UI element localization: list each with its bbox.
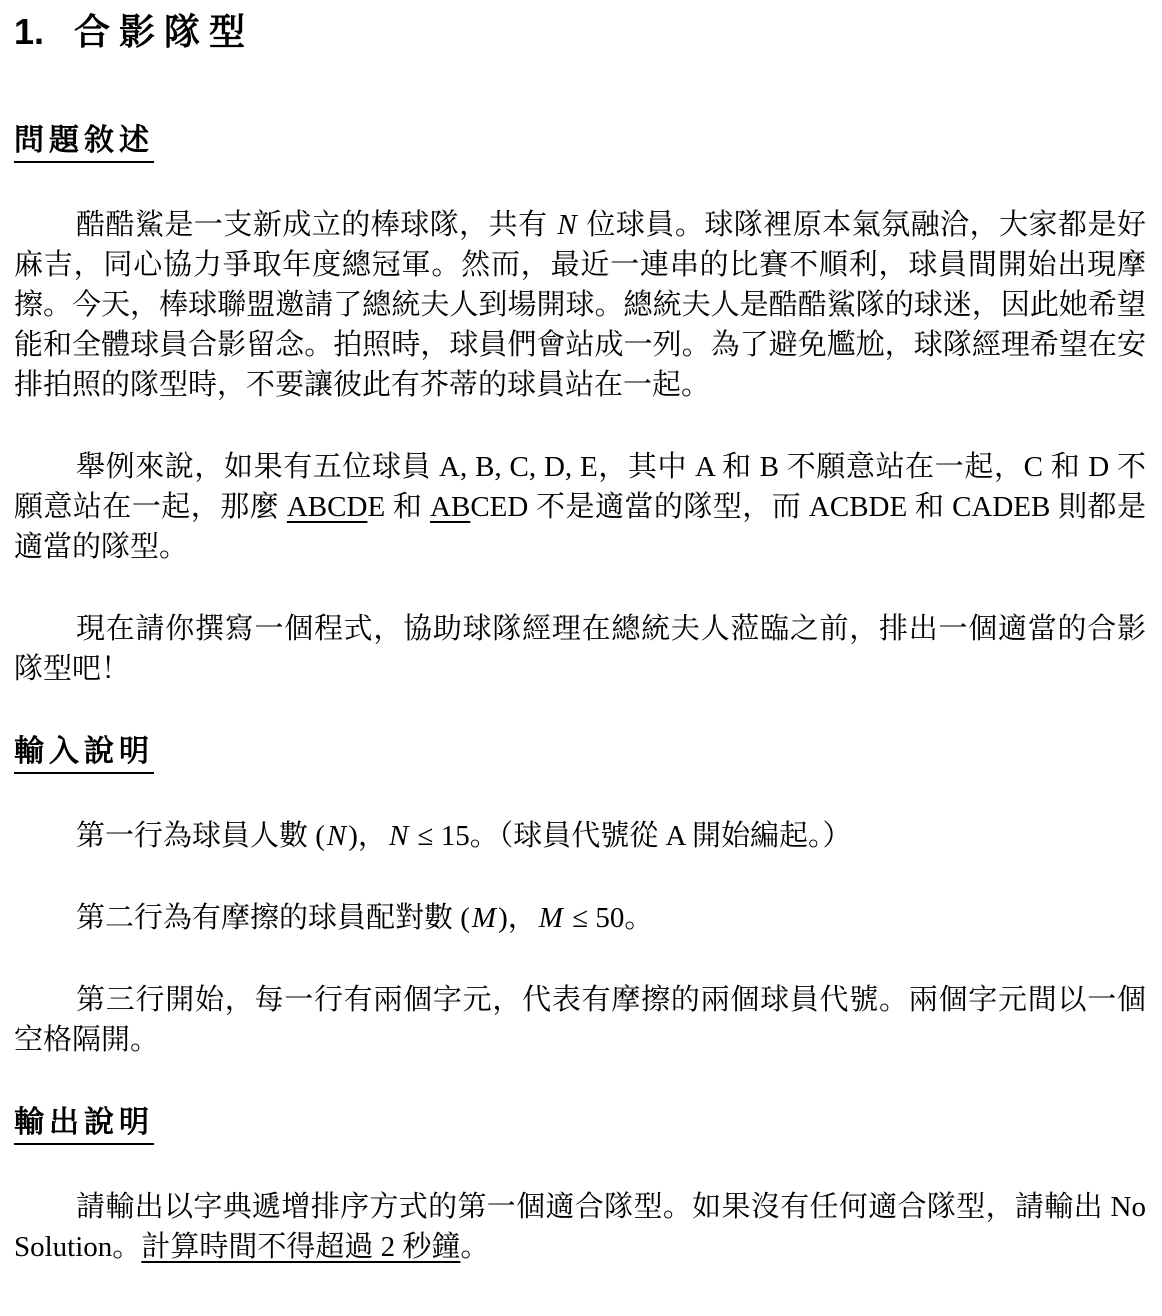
section-heading-problem-text: 問題敘述: [14, 124, 154, 163]
text-run: )，: [348, 820, 387, 852]
text-run: ≤ 15。（球員代號從 A 開始編起。）: [410, 820, 851, 852]
problem-paragraph-3: 現在請你撰寫一個程式，協助球隊經理在總統夫人蒞臨之前，排出一個適當的合影隊型吧！: [14, 609, 1146, 689]
input-paragraph-2: 第二行為有摩擦的球員配對數 (M)，M ≤ 50。: [14, 898, 1146, 938]
output-paragraph-1: 請輸出以字典遞增排序方式的第一個適合隊型。如果沒有任何適合隊型，請輸出 No S…: [14, 1187, 1146, 1267]
underlined-time-limit: 計算時間不得超過 2 秒鐘: [141, 1231, 460, 1263]
problem-paragraph-2: 舉例來說，如果有五位球員 A, B, C, D, E，其中 A 和 B 不願意站…: [14, 447, 1146, 567]
text-run: )，: [498, 902, 537, 934]
input-paragraph-3: 第三行開始，每一行有兩個字元，代表有摩擦的兩個球員代號。兩個字元間以一個空格隔開…: [14, 980, 1146, 1060]
text-run: 酷酷鯊是一支新成立的棒球隊，共有: [76, 209, 555, 241]
section-heading-output: 輸出說明: [14, 1106, 1146, 1145]
text-run: E 和: [367, 491, 430, 523]
title-text: 合影隊型: [74, 12, 254, 52]
section-heading-problem: 問題敘述: [14, 124, 1146, 163]
title-number: 1.: [14, 11, 44, 52]
variable-n: N: [387, 820, 410, 852]
page-title: 1.合影隊型: [14, 8, 1146, 56]
problem-paragraph-1: 酷酷鯊是一支新成立的棒球隊，共有 N 位球員。球隊裡原本氣氛融洽，大家都是好麻吉…: [14, 205, 1146, 405]
document-page: 1.合影隊型 問題敘述 酷酷鯊是一支新成立的棒球隊，共有 N 位球員。球隊裡原本…: [0, 0, 1162, 1267]
underlined-formation-ab: AB: [430, 491, 470, 523]
section-heading-input-text: 輸入說明: [14, 735, 154, 774]
variable-m: M: [470, 902, 498, 934]
section-heading-input: 輸入說明: [14, 735, 1146, 774]
text-run: ≤ 50。: [565, 902, 653, 934]
text-run: 。: [460, 1231, 489, 1263]
input-paragraph-1: 第一行為球員人數 (N)，N ≤ 15。（球員代號從 A 開始編起。）: [14, 816, 1146, 856]
section-heading-output-text: 輸出說明: [14, 1106, 154, 1145]
text-run: 第一行為球員人數 (: [76, 820, 325, 852]
variable-m: M: [537, 902, 565, 934]
text-run: 第二行為有摩擦的球員配對數 (: [76, 902, 470, 934]
variable-n: N: [555, 209, 578, 241]
variable-n: N: [325, 820, 348, 852]
underlined-formation-abcd: ABCD: [287, 491, 368, 523]
